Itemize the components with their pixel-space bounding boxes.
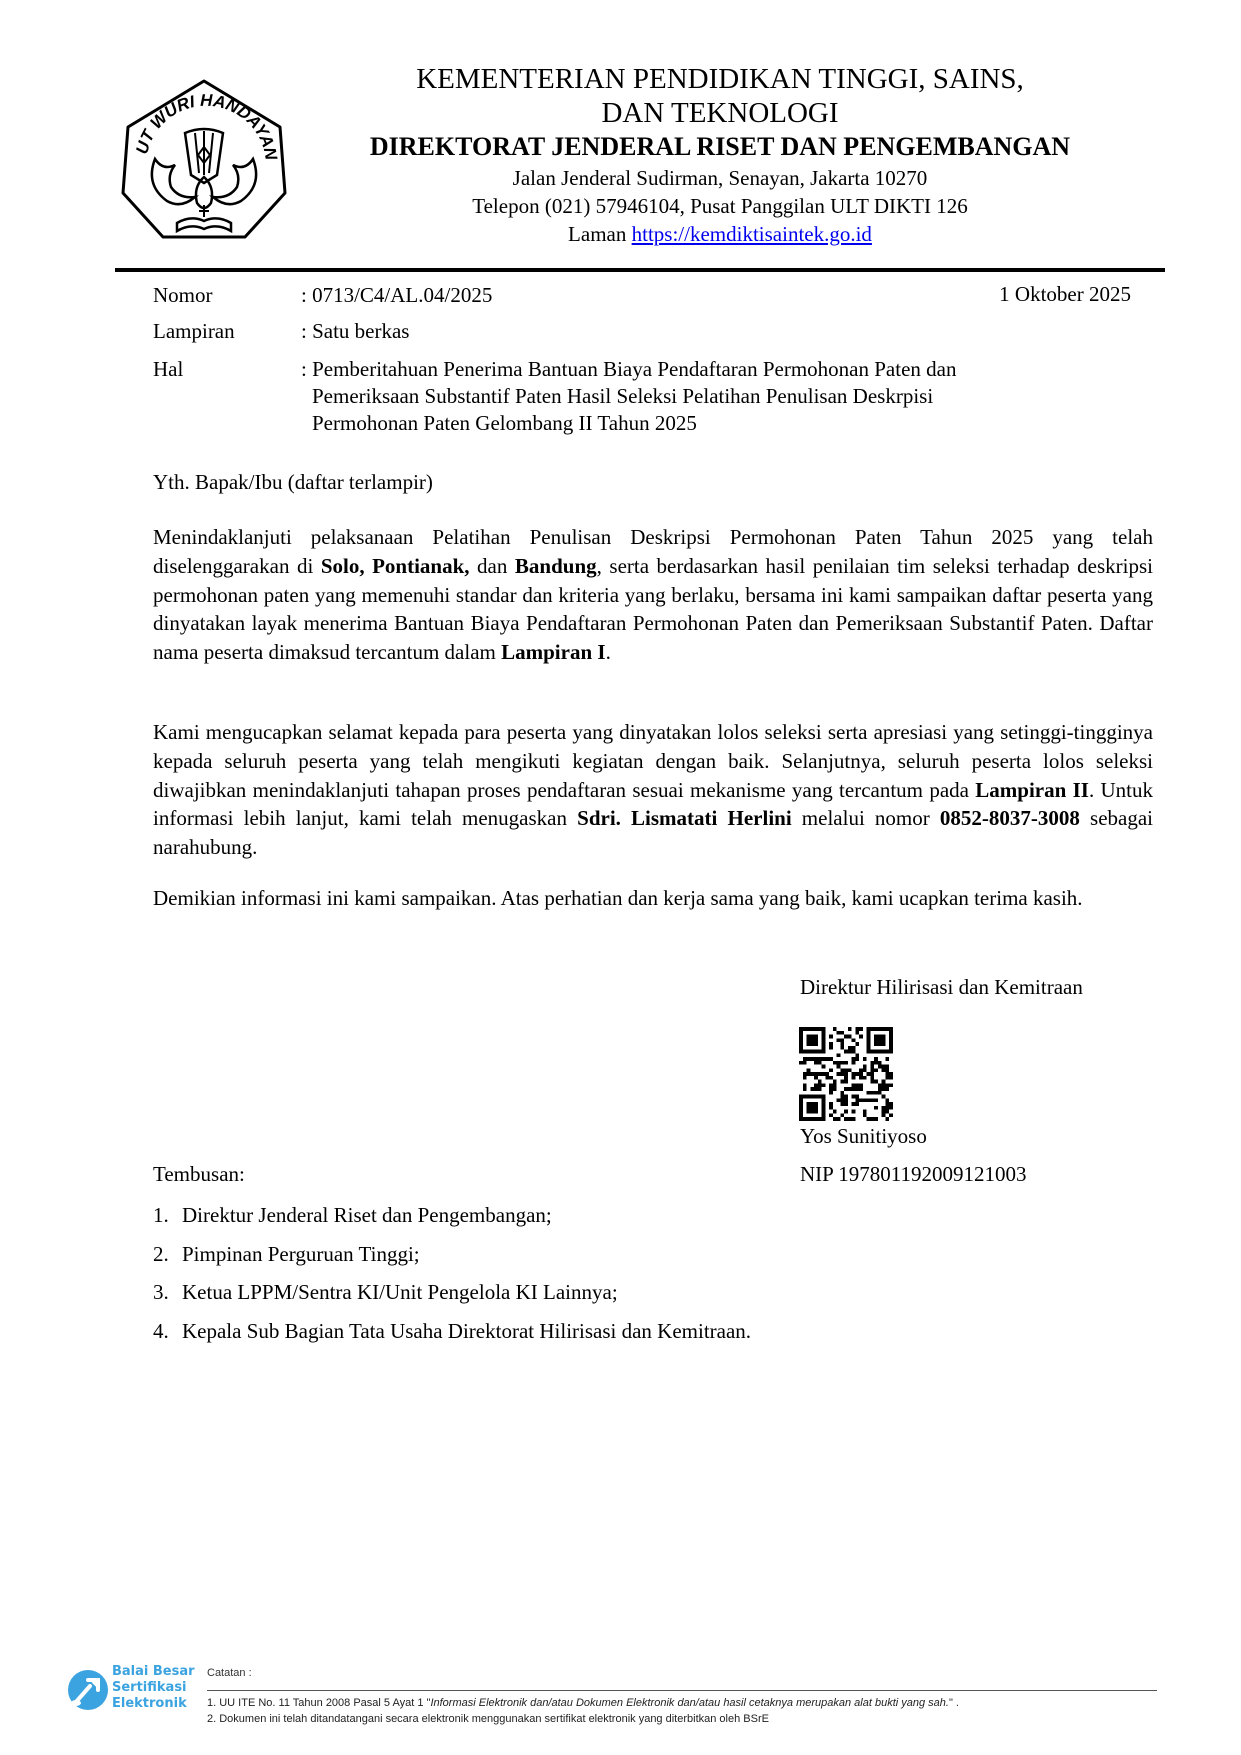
lampiran-value: : Satu berkas [301, 318, 409, 344]
catatan-divider [207, 1690, 1157, 1691]
website-link[interactable]: https://kemdiktisaintek.go.id [632, 222, 872, 246]
list-item: 2.Pimpinan Perguruan Tinggi; [153, 1235, 751, 1274]
hal-label: Hal [153, 356, 183, 382]
bsre-name: Balai Besar Sertifikasi Elektronik [112, 1664, 195, 1712]
letter-date: 1 Oktober 2025 [999, 282, 1131, 307]
footer-notes: 1. UU ITE No. 11 Tahun 2008 Pasal 5 Ayat… [207, 1695, 959, 1727]
lampiran-label: Lampiran [153, 318, 235, 344]
website-label: Laman [568, 222, 626, 246]
tembusan-label: Tembusan: [153, 1162, 245, 1187]
hal-value: : Pemberitahuan Penerima Bantuan Biaya P… [301, 356, 1101, 437]
qr-code-icon [799, 1027, 893, 1121]
signer-name: Yos Sunitiyoso [800, 1124, 927, 1149]
note-1: 1. UU ITE No. 11 Tahun 2008 Pasal 5 Ayat… [207, 1695, 959, 1711]
list-item: 1.Direktur Jenderal Riset dan Pengembang… [153, 1196, 751, 1235]
letterhead: KEMENTERIAN PENDIDIKAN TINGGI, SAINS, DA… [300, 62, 1140, 248]
body-paragraph-2: Kami mengucapkan selamat kepada para pes… [153, 718, 1153, 862]
address: Jalan Jenderal Sudirman, Senayan, Jakart… [300, 164, 1140, 192]
tut-wuri-handayani-logo-icon: TUT WURI HANDAYANI [115, 75, 293, 245]
nomor-label: Nomor [153, 282, 213, 308]
catatan-label: Catatan : [207, 1667, 252, 1679]
bsre-logo-icon [66, 1668, 110, 1712]
signer-nip: NIP 197801192009121003 [800, 1162, 1027, 1187]
body-paragraph-3: Demikian informasi ini kami sampaikan. A… [153, 884, 1153, 913]
phone: Telepon (021) 57946104, Pusat Panggilan … [300, 192, 1140, 220]
tembusan-list: 1.Direktur Jenderal Riset dan Pengembang… [153, 1196, 751, 1350]
list-item: 4.Kepala Sub Bagian Tata Usaha Direktora… [153, 1312, 751, 1351]
signer-position: Direktur Hilirisasi dan Kemitraan [800, 975, 1083, 1000]
ministry-name-line2: DAN TEKNOLOGI [300, 96, 1140, 130]
note-2: 2. Dokumen ini telah ditandatangani seca… [207, 1711, 959, 1727]
salutation: Yth. Bapak/Ibu (daftar terlampir) [153, 470, 433, 495]
nomor-value: : 0713/C4/AL.04/2025 [301, 282, 492, 308]
letterhead-divider [115, 268, 1165, 272]
body-paragraph-1: Menindaklanjuti pelaksanaan Pelatihan Pe… [153, 523, 1153, 667]
website-line: Laman https://kemdiktisaintek.go.id [300, 220, 1140, 248]
ministry-name-line1: KEMENTERIAN PENDIDIKAN TINGGI, SAINS, [300, 62, 1140, 96]
directorate-name: DIREKTORAT JENDERAL RISET DAN PENGEMBANG… [300, 130, 1140, 164]
list-item: 3.Ketua LPPM/Sentra KI/Unit Pengelola KI… [153, 1273, 751, 1312]
